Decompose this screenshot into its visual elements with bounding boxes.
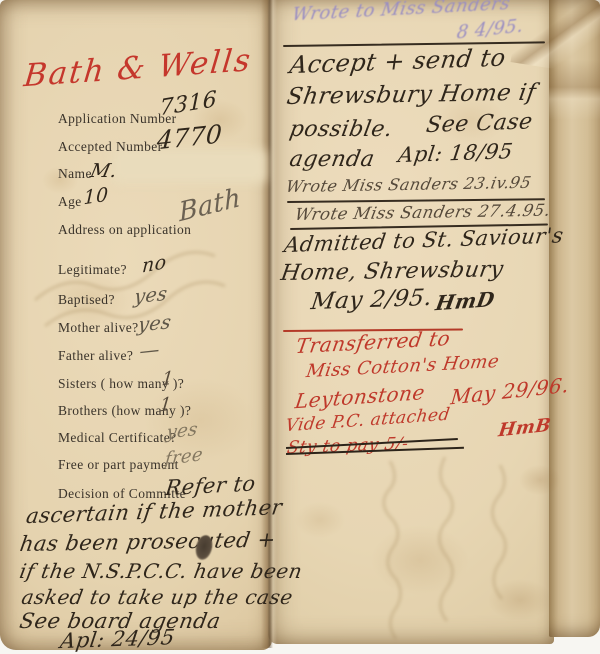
label-free-or-part-payment: Free or part payment xyxy=(58,457,179,473)
flap-crease xyxy=(549,60,600,120)
value-brothers: 1 xyxy=(159,393,173,416)
accept-line-4b: Apl: 18/95 xyxy=(397,139,515,167)
admitted-line-2: Home, Shrewsbury xyxy=(279,257,505,286)
decision-line-2: has been prosecuted + xyxy=(18,528,277,557)
label-legitimate: Legitimate? xyxy=(58,262,127,278)
value-age: 10 xyxy=(83,183,109,209)
decision-line-6: Apl: 24/95 xyxy=(59,625,177,653)
admitted-initials: HmD xyxy=(434,287,497,315)
decision-line-4: asked to take up the case xyxy=(20,585,295,609)
label-address: Address on application xyxy=(58,222,191,238)
value-medical-certificate: yes xyxy=(165,419,199,444)
value-baptised: yes xyxy=(133,283,169,309)
label-baptised: Baptised? xyxy=(58,292,115,308)
accept-line-3b: See Case xyxy=(424,109,534,138)
admitted-line-3: May 2/95. xyxy=(309,285,434,315)
label-mother-alive: Mother alive? xyxy=(58,320,139,336)
label-father-alive: Father alive? xyxy=(58,348,133,364)
label-name: Name xyxy=(58,166,92,182)
accept-line-2: Shrewsbury Home if xyxy=(285,80,538,110)
label-medical-certificate: Medical Certificate? xyxy=(58,430,177,446)
value-father-alive: — xyxy=(138,337,161,363)
label-age: Age xyxy=(58,194,82,210)
value-sisters: 1 xyxy=(161,367,175,390)
value-name: M. xyxy=(88,160,119,182)
value-mother-alive: yes xyxy=(136,311,173,336)
decision-line-3: if the N.S.P.C.C. have been xyxy=(18,559,305,583)
document-scan: Bath & Wells Application Number 7316 Acc… xyxy=(0,0,600,654)
value-legitimate: no xyxy=(141,251,167,278)
label-accepted-number: Accepted Number xyxy=(58,139,163,155)
accept-line-3a: possible. xyxy=(288,117,395,142)
accept-line-4a: agenda xyxy=(288,147,377,172)
